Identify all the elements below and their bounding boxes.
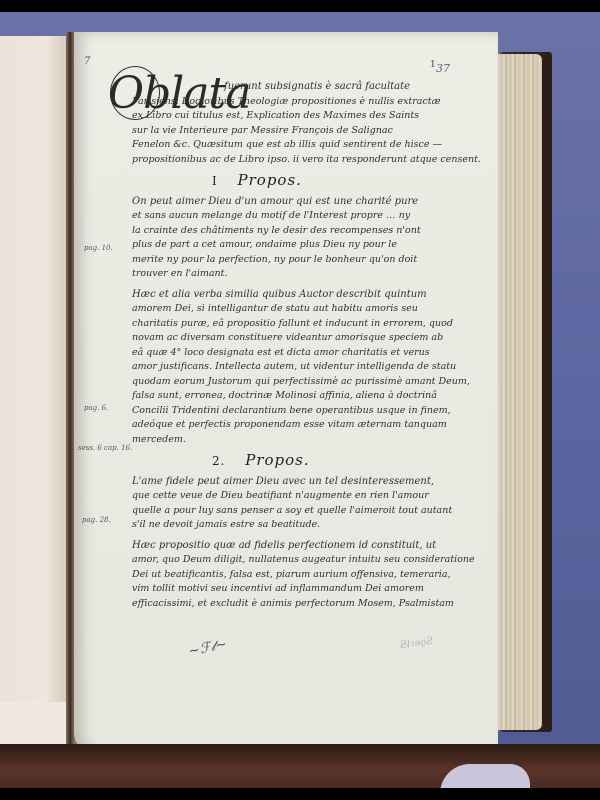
latin-censure-line: amor, quo Deum diligit, nullatenus augea… xyxy=(132,553,492,568)
latin-censure-line: Concilii Tridentini declarantium bene op… xyxy=(132,404,492,419)
latin-censure-line: adeóque et perfectis proponendam esse vi… xyxy=(132,418,492,433)
french-proposition-line: et sans aucun melange du motif de l'Inte… xyxy=(132,209,492,224)
opening-line: Parisiensi Doctoribus Theologiæ proposit… xyxy=(132,95,492,110)
folio-tick: 1 xyxy=(430,60,436,70)
latin-censure-line: quodam eorum Justorum qui perfectissimè … xyxy=(132,375,492,390)
right-folio-number: 37 xyxy=(436,62,450,75)
margin-note: sess. 6 cap. 16. xyxy=(78,444,132,452)
latin-censure-line: vim tollit motivi seu incentivi ad infla… xyxy=(132,582,492,597)
section-number: I xyxy=(212,174,218,188)
opening-line: fuerunt subsignatis è sacrâ facultate xyxy=(132,80,492,95)
latin-censure-line: amor justificans. Intellecta autem, ut v… xyxy=(132,360,492,375)
french-proposition-line: s'il ne devoit jamais estre sa beatitude… xyxy=(132,518,492,533)
latin-censure-line: mercedem. xyxy=(132,433,492,448)
french-proposition-line: plus de part a cet amour, ondaime plus D… xyxy=(132,238,492,253)
margin-note: pag. 10. xyxy=(84,244,113,252)
french-proposition-line: trouver en l'aimant. xyxy=(132,267,492,282)
margin-note: pag. 6. xyxy=(84,404,108,412)
left-page xyxy=(0,36,66,736)
latin-censure-line: falsa sunt, erronea, doctrinæ Molinosi a… xyxy=(132,389,492,404)
manuscript-text: fuerunt subsignatis è sacrâ facultate Pa… xyxy=(132,80,492,611)
latin-censure-line: amorem Dei, si intelligantur de statu au… xyxy=(132,302,492,317)
french-proposition-line: On peut aimer Dieu d'un amour qui est un… xyxy=(132,195,492,210)
latin-censure-line: Dei ut beatificantis, falsa est, piarum … xyxy=(132,568,492,583)
latin-censure-line: charitatis puræ, eâ propositio fallunt e… xyxy=(132,317,492,332)
opening-line: propositionibus ac de Libro ipso. ii ver… xyxy=(132,153,492,168)
white-cloth xyxy=(440,764,530,788)
opening-line: ex Libro cui titulus est, Explication de… xyxy=(132,109,492,124)
french-proposition-line: merite ny pour la perfection, ny pour le… xyxy=(132,253,492,268)
latin-censure-line: novam ac diversam constituere videantur … xyxy=(132,331,492,346)
opening-line: Fenelon &c. Quæsitum que est ab illis qu… xyxy=(132,138,492,153)
latin-censure-line: Hæc et alia verba similia quibus Auctor … xyxy=(132,288,492,303)
french-proposition-line: la crainte des châtiments ny le desir de… xyxy=(132,224,492,239)
latin-censure-line: efficacissimi, et excludit è animis perf… xyxy=(132,597,492,612)
left-folio-number: 7 xyxy=(84,56,90,67)
opening-line: sur la vie Interieure par Messire Franço… xyxy=(132,124,492,139)
section-heading-2: 2. Propos. xyxy=(212,453,492,469)
french-proposition-line: que cette veue de Dieu beatifiant n'augm… xyxy=(132,489,492,504)
section-heading-1: I Propos. xyxy=(212,173,492,189)
section-number: 2. xyxy=(212,454,225,468)
latin-censure-line: Hæc propositio quæ ad fidelis perfection… xyxy=(132,539,492,554)
french-proposition-line: quelle a pour luy sans penser a soy et q… xyxy=(132,504,492,519)
section-title: Propos. xyxy=(245,451,309,469)
margin-note: pag. 28. xyxy=(82,516,111,524)
latin-censure-line: eâ quæ 4° loco designata est et dicta am… xyxy=(132,346,492,361)
french-proposition-line: L'ame fidele peut aimer Dieu avec un tel… xyxy=(132,475,492,490)
section-title: Propos. xyxy=(238,171,302,189)
